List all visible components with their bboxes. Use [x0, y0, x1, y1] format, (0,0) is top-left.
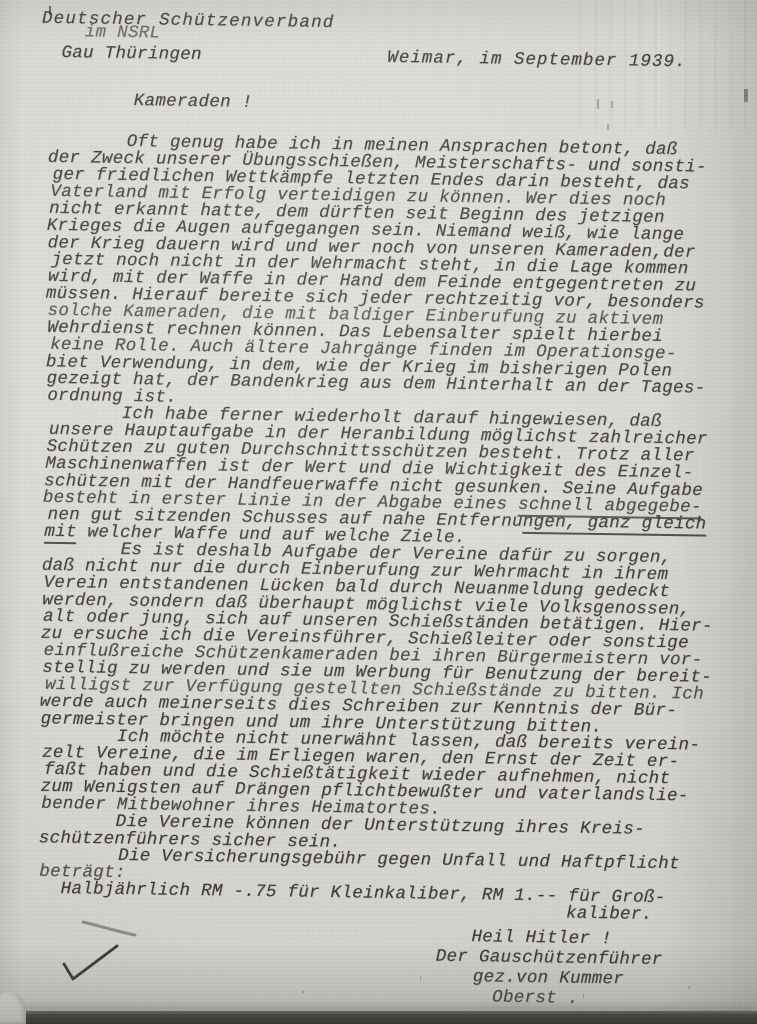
org-region: Gau Thüringen — [61, 43, 202, 65]
photo-speck — [607, 124, 609, 130]
letter-photo: Deutscher Schützenverband im NSRL Gau Th… — [0, 0, 757, 1024]
photo-speck — [611, 101, 613, 108]
photo-bottom-edge — [0, 1011, 757, 1024]
underlined-text: ngen, ganz gleich — [523, 512, 707, 537]
salutation: Kameraden ! — [134, 91, 751, 120]
photo-speck — [610, 302, 612, 307]
photo-speck — [688, 986, 690, 989]
photo-speck — [420, 976, 421, 981]
letter-body: Oft genug habe ich in meinen Ansprachen … — [39, 133, 751, 925]
photo-speck — [302, 991, 304, 993]
letterhead: Deutscher Schützenverband im NSRL Gau Th… — [51, 9, 752, 73]
photo-speck — [744, 89, 748, 102]
closing-block: Heil Hitler ! Der Gauschützenführer gez.… — [37, 921, 738, 1011]
photo-speck — [597, 99, 599, 109]
text-segment: ordnung ist. — [47, 386, 177, 408]
letter-content: Deutscher Schützenverband im NSRL Gau Th… — [37, 9, 752, 1011]
photo-speck — [583, 993, 584, 998]
dateline: Weimar, im September 1939. — [387, 48, 686, 72]
photo-speck — [49, 6, 51, 15]
page-curl — [0, 992, 26, 1024]
text-segment: beträgt: — [39, 862, 126, 883]
